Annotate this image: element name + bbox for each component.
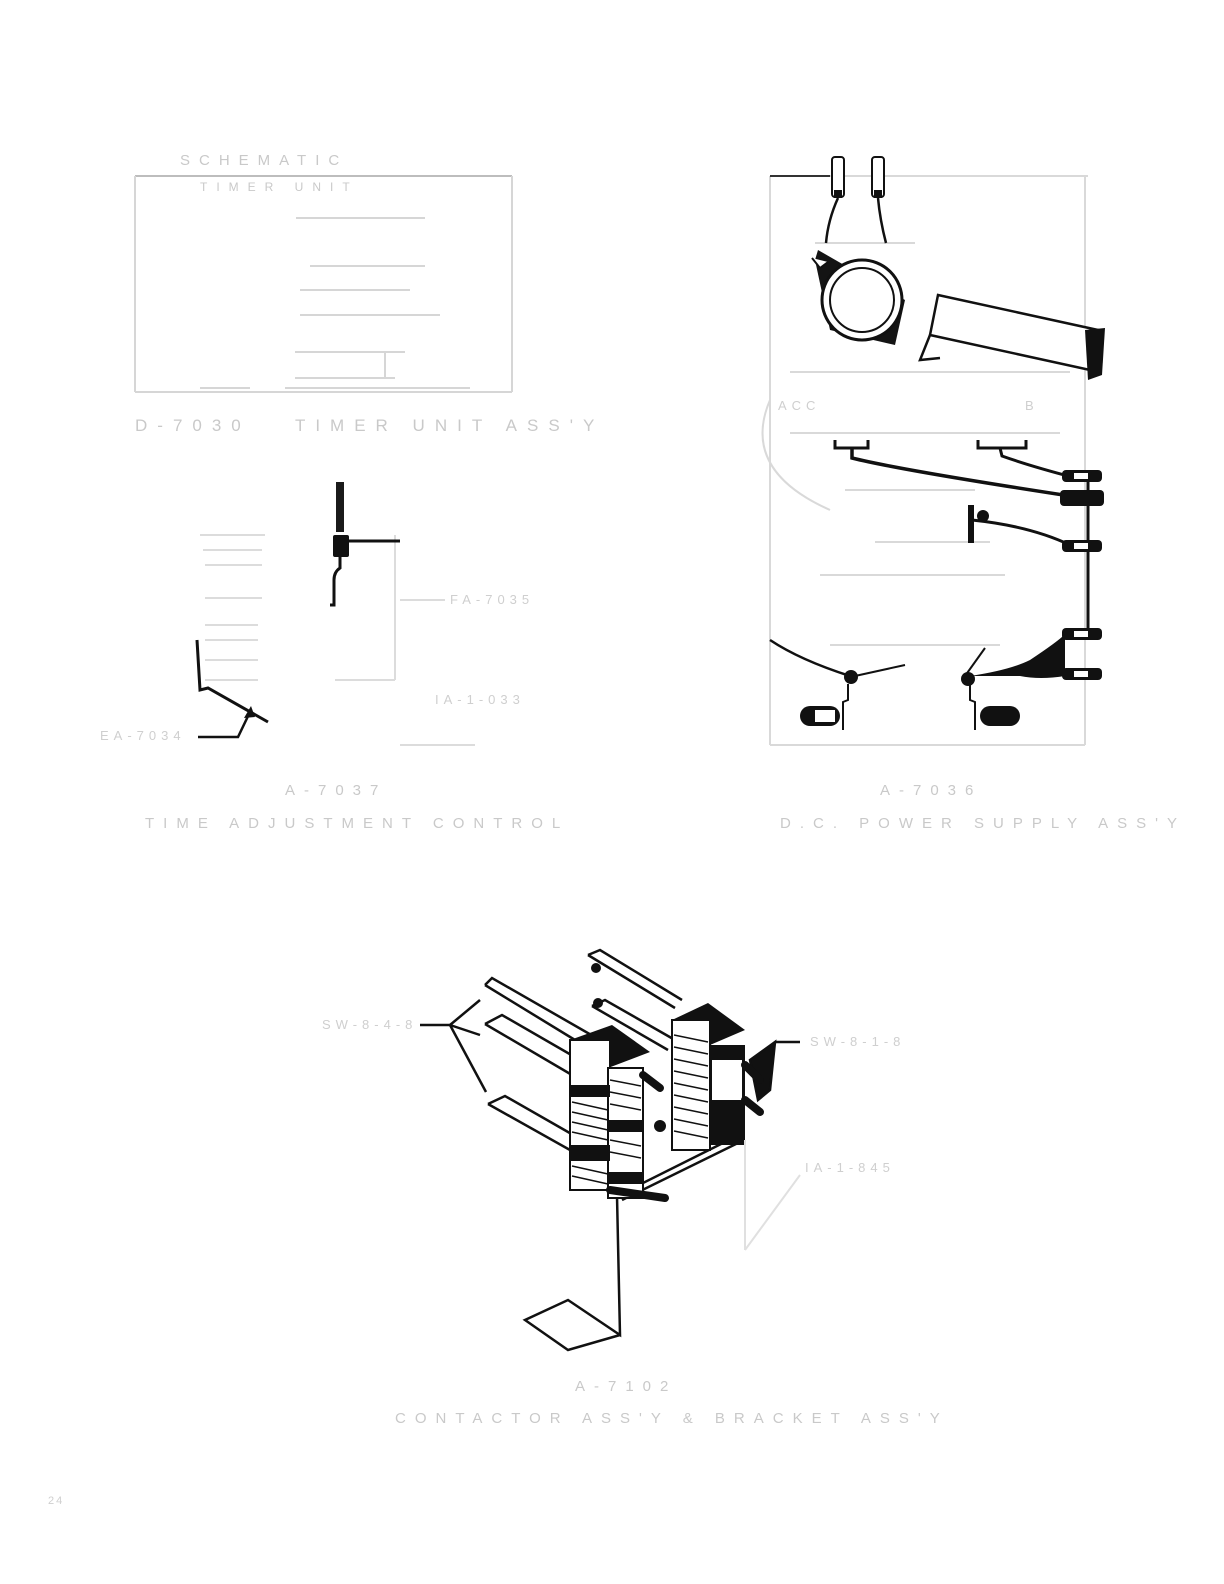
time-adjustment-caption: TIME ADJUSTMENT CONTROL <box>145 815 569 832</box>
callout-sw-8-1-8: SW-8-1-8 <box>810 1034 905 1049</box>
drawing-canvas <box>0 0 1224 1584</box>
timer-unit-subheader: TIMER UNIT <box>200 180 359 194</box>
figure-number: D-7030 <box>135 416 251 435</box>
page-mark: 24 <box>48 1495 64 1507</box>
timer-unit-schematic <box>135 176 512 392</box>
dc-power-supply-drawing <box>763 157 1106 745</box>
power-supply-number: A-7036 <box>880 782 982 799</box>
contactor-number: A-7102 <box>575 1378 677 1395</box>
power-supply-caption: D.C. POWER SUPPLY ASS'Y <box>780 815 1186 832</box>
callout-fa-7035: FA-7035 <box>450 592 534 607</box>
callout-ea-7034: EA-7034 <box>100 728 186 743</box>
callout-b: B <box>1025 398 1039 413</box>
time-adjustment-drawing <box>197 482 475 745</box>
callout-ia-1-845: IA-1-845 <box>805 1160 895 1175</box>
timer-unit-header: SCHEMATIC <box>180 152 348 169</box>
callout-ia-1-033: IA-1-033 <box>435 692 525 707</box>
callout-sw-8-4-8: SW-8-4-8 <box>322 1017 417 1032</box>
figure-title: TIMER UNIT ASS'Y <box>295 416 604 435</box>
time-adjustment-number: A-7037 <box>285 782 387 799</box>
contactor-caption: CONTACTOR ASS'Y & BRACKET ASS'Y <box>395 1410 949 1427</box>
contactor-stack-left <box>570 1025 666 1198</box>
timer-unit-caption: D-7030 TIMER UNIT ASS'Y <box>135 416 604 436</box>
callout-acc: ACC <box>778 398 820 413</box>
